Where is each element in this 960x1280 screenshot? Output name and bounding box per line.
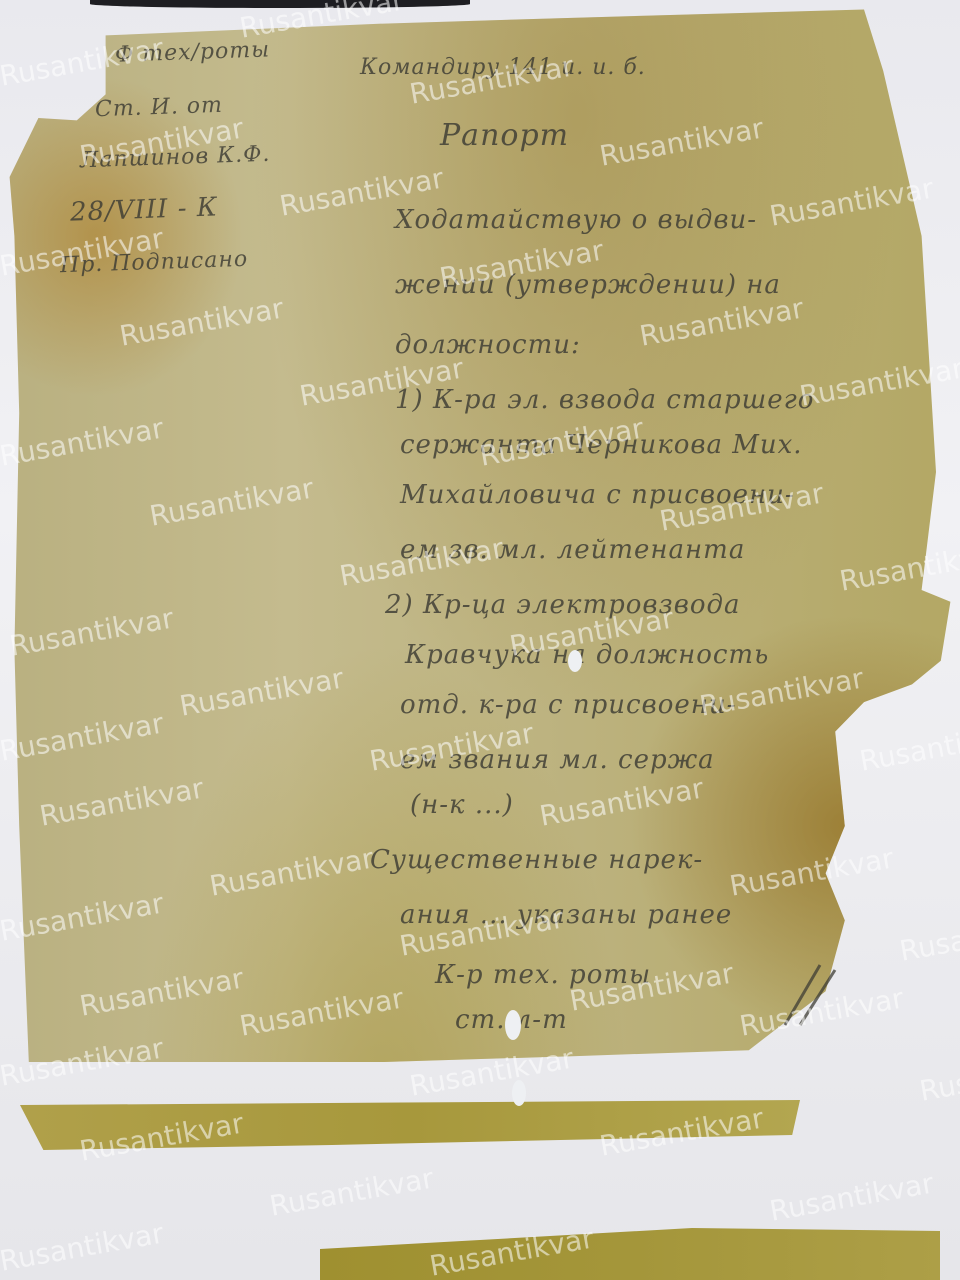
addressee: Командиру 141 и. и. б. xyxy=(360,55,646,80)
body-line-12: (н-к ...) xyxy=(410,790,514,820)
body-line-5: сержанта Черникова Мих. xyxy=(400,430,803,460)
margin-note-2: Ст. И. от xyxy=(95,93,224,122)
watermark-text: Rusantikvar xyxy=(857,716,960,777)
body-line-11: ем звания мл. сержа xyxy=(400,745,715,775)
watermark-text: Rusantikvar xyxy=(767,1166,936,1227)
watermark-text: Rusantikvar xyxy=(0,1216,166,1277)
signature-mark-icon xyxy=(780,960,840,1030)
paper-hole xyxy=(505,1010,521,1040)
paper-hole xyxy=(568,650,582,672)
paper-hole xyxy=(512,1080,526,1106)
paper-strip-bottom xyxy=(320,1225,940,1280)
watermark-text: Rusantikvar xyxy=(267,1161,436,1222)
top-shadow xyxy=(90,0,470,8)
body-line-10: отд. к-ра с присвоени- xyxy=(400,690,736,720)
body-line-13: Существенные нарек- xyxy=(370,845,703,875)
document-title: Рапорт xyxy=(440,118,569,153)
watermark-text: Rusantikvar xyxy=(897,906,960,967)
body-line-6: Михайловича с присвоени- xyxy=(400,480,795,510)
margin-note-date: 28/VIII - К xyxy=(70,192,219,227)
body-line-9: Кравчука на должность xyxy=(405,640,769,670)
watermark-text: Rusantikvar xyxy=(917,1046,960,1107)
paper-strip-lower xyxy=(20,1100,800,1150)
body-line-2: жении (утверждении) на xyxy=(395,270,781,300)
body-line-1: Ходатайствую о выдви- xyxy=(395,205,757,235)
body-line-14: ания ... указаны ранее xyxy=(400,900,732,930)
signature-title: К-р тех. роты xyxy=(435,960,651,990)
body-line-4: 1) К-ра эл. взвода старшего xyxy=(395,385,814,415)
body-line-8: 2) Кр-ца электровзвода xyxy=(385,590,740,620)
body-line-3: должности: xyxy=(395,330,581,360)
body-line-7: ем зв. мл. лейтенанта xyxy=(400,535,745,565)
